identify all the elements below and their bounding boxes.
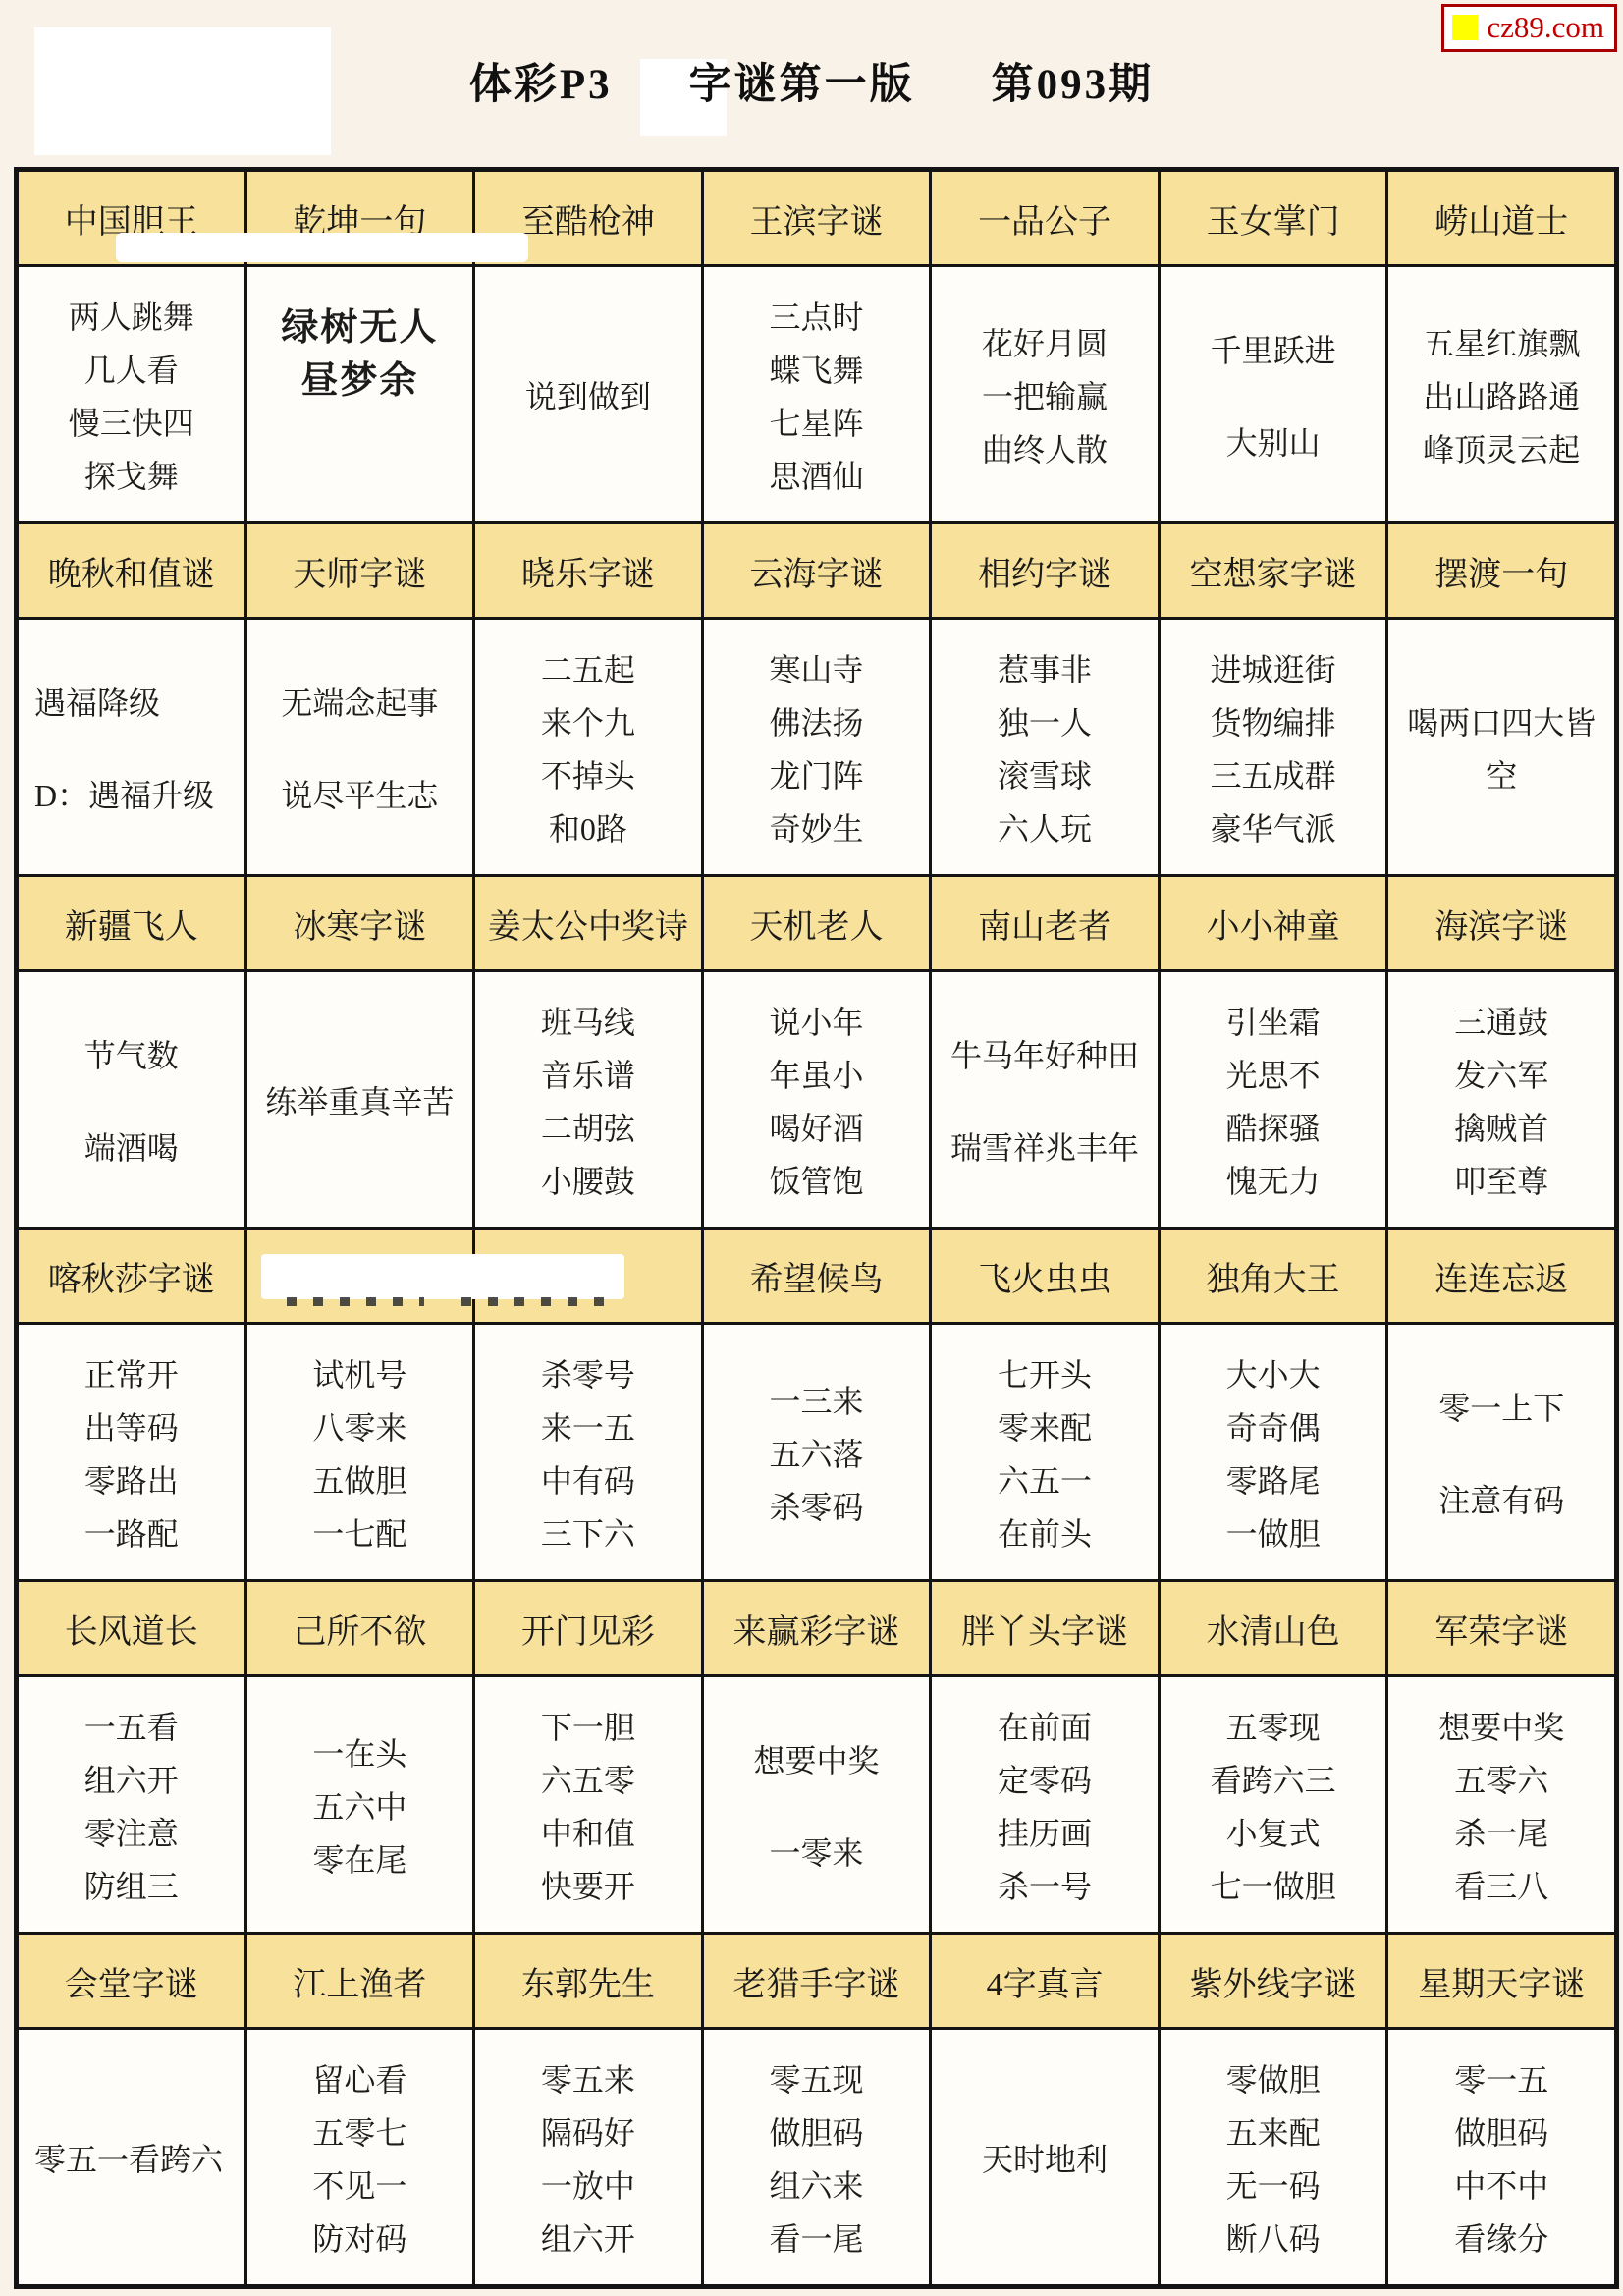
riddle-line: 八零来	[312, 1399, 406, 1452]
column-header-label: 空想家字谜	[1190, 547, 1357, 595]
column-header-s5-c7: 军荣字谜	[1388, 1582, 1614, 1674]
riddle-cell-s6-c3: 零五来隔码好一放中组六开	[475, 2030, 701, 2284]
riddle-line: 隔码好	[541, 2105, 635, 2158]
riddle-line: 千里跃进	[1211, 322, 1336, 375]
riddle-cell-s2-c4: 寒山寺佛法扬龙门阵奇妙生	[704, 620, 930, 874]
column-header-label: 开门见彩	[521, 1605, 655, 1653]
riddle-line: 看跨六三	[1211, 1752, 1336, 1805]
riddle-cell-s4-c5: 七开头零来配六五一在前头	[932, 1325, 1158, 1579]
riddle-cell-s6-c4: 零五现做胆码组六来看一尾	[704, 2030, 930, 2284]
riddle-line: 两人跳舞	[69, 289, 194, 342]
riddle-cell-s3-c2: 练举重真辛苦	[247, 972, 473, 1227]
riddle-cell-s1-c5: 花好月圆一把输赢曲终人散	[932, 267, 1158, 521]
riddle-line: 五零七	[312, 2105, 406, 2158]
riddle-line: 节气数	[84, 1027, 179, 1080]
riddle-line: 六人玩	[998, 800, 1092, 853]
riddle-cell-s1-c3: 说到做到	[475, 267, 701, 521]
column-header-s2-c1: 晚秋和值谜	[19, 524, 244, 617]
column-header-s6-c4: 老猎手字谜	[704, 1935, 930, 2027]
riddle-line: 一放中	[541, 2158, 635, 2211]
riddle-line: 惹事非	[998, 641, 1092, 694]
riddle-line: 一路配	[84, 1505, 179, 1558]
riddle-line: 一零来	[769, 1825, 863, 1878]
riddle-line: 七星阵	[769, 395, 863, 448]
column-header-label: 4字真言	[987, 1957, 1104, 2005]
column-header-label: 至酷枪神	[521, 194, 655, 243]
riddle-line: 曲终人散	[982, 421, 1108, 474]
redaction-header-row4	[261, 1254, 624, 1299]
riddle-line: 独一人	[998, 694, 1092, 747]
riddle-line: 三五成群	[1211, 747, 1336, 800]
column-header-label: 崂山道士	[1434, 194, 1568, 243]
column-header-label: 来赢彩字谜	[732, 1605, 899, 1653]
column-header-s3-c7: 海滨字谜	[1388, 877, 1614, 969]
riddle-line: 小腰鼓	[541, 1153, 635, 1206]
riddle-line: 想要中奖	[1438, 1699, 1564, 1752]
riddle-line: 饭管饱	[769, 1153, 863, 1206]
column-header-label: 独角大王	[1207, 1252, 1340, 1300]
riddle-cell-s3-c4: 说小年年虽小喝好酒饭管饱	[704, 972, 930, 1227]
riddle-line: 大别山	[1226, 414, 1321, 467]
riddle-cell-s1-c7: 五星红旗飘出山路路通峰顶灵云起	[1388, 267, 1614, 521]
riddle-cell-s5-c6: 五零现看跨六三小复式七一做胆	[1161, 1677, 1386, 1932]
riddle-line: 零在尾	[312, 1831, 406, 1885]
column-header-label: 会堂字谜	[65, 1957, 198, 2005]
column-header-s5-c4: 来赢彩字谜	[704, 1582, 930, 1674]
riddle-line: 一做胆	[1226, 1505, 1321, 1558]
riddle-line: 发六军	[1454, 1047, 1548, 1100]
riddle-line: 想要中奖	[753, 1732, 879, 1785]
column-header-s1-c4: 王滨字谜	[704, 172, 930, 264]
page-title: 体彩P3 字谜第一版 第093期	[0, 51, 1623, 111]
riddle-line: 在前面	[998, 1699, 1092, 1752]
riddle-line: 瑞雪祥兆丰年	[950, 1120, 1139, 1173]
riddle-cell-s5-c2: 一在头五六中零在尾	[247, 1677, 473, 1932]
column-header-s6-c6: 紫外线字谜	[1161, 1935, 1386, 2027]
riddle-line: 绿树无人	[281, 297, 438, 350]
riddle-line: 零五现	[769, 2051, 863, 2105]
riddle-line: 酷探骚	[1226, 1100, 1321, 1153]
riddle-line: 奇奇偶	[1226, 1399, 1321, 1452]
riddle-line: 零来配	[998, 1399, 1092, 1452]
column-header-label: 东郭先生	[521, 1957, 655, 2005]
riddle-line: 擒贼首	[1454, 1100, 1548, 1153]
riddle-cell-s5-c4: 想要中奖一零来	[704, 1677, 930, 1932]
riddle-line: 七开头	[998, 1346, 1092, 1399]
riddle-line: 花好月圆	[982, 315, 1108, 368]
column-header-s2-c6: 空想家字谜	[1161, 524, 1386, 617]
redacted-glyph-stubs	[287, 1297, 424, 1306]
riddle-line: 说到做到	[525, 368, 651, 421]
riddle-line: 定零码	[998, 1752, 1092, 1805]
column-header-label: 摆渡一句	[1434, 547, 1568, 595]
column-header-label: 云海字谜	[749, 547, 883, 595]
riddle-line: 断八码	[1226, 2211, 1321, 2264]
riddle-line: 一在头	[312, 1725, 406, 1778]
riddle-line: 牛马年好种田	[950, 1027, 1139, 1080]
column-header-s3-c2: 冰寒字谜	[247, 877, 473, 969]
riddle-line: 光思不	[1226, 1047, 1321, 1100]
riddle-line: 五零六	[1454, 1752, 1548, 1805]
column-header-label: 老猎手字谜	[732, 1957, 899, 2005]
riddle-line: 七一做胆	[1211, 1858, 1336, 1911]
riddle-line: 试机号	[312, 1346, 406, 1399]
riddle-line: 慢三快四	[69, 395, 194, 448]
riddle-line: 一七配	[312, 1505, 406, 1558]
column-header-s2-c4: 云海字谜	[704, 524, 930, 617]
riddle-line: 练举重真辛苦	[265, 1073, 454, 1126]
riddle-line: 蝶飞舞	[769, 342, 863, 395]
column-header-label: 南山老者	[978, 900, 1111, 948]
redacted-glyph-stubs	[461, 1297, 621, 1306]
riddle-line: 音乐谱	[541, 1047, 635, 1100]
column-header-s5-c1: 长风道长	[19, 1582, 244, 1674]
column-header-label: 姜太公中奖诗	[488, 900, 688, 948]
riddle-line: 一五看	[84, 1699, 179, 1752]
riddle-cell-s4-c6: 大小大奇奇偶零路尾一做胆	[1161, 1325, 1386, 1579]
column-header-s6-c7: 星期天字谜	[1388, 1935, 1614, 2027]
column-header-label: 连连忘返	[1434, 1252, 1568, 1300]
riddle-cell-s2-c7: 喝两口四大皆空	[1388, 620, 1614, 874]
riddle-line: 引坐霜	[1226, 994, 1321, 1047]
riddle-cell-s3-c3: 班马线音乐谱二胡弦小腰鼓	[475, 972, 701, 1227]
column-header-label: 水清山色	[1207, 1605, 1340, 1653]
riddle-line: 在前头	[998, 1505, 1092, 1558]
riddle-line: 龙门阵	[769, 747, 863, 800]
column-header-label: 冰寒字谜	[293, 900, 426, 948]
riddle-line: 空	[1486, 747, 1517, 800]
riddle-cell-s3-c6: 引坐霜光思不酷探骚愧无力	[1161, 972, 1386, 1227]
riddle-line: 五六中	[312, 1778, 406, 1831]
column-header-s2-c2: 天师字谜	[247, 524, 473, 617]
riddle-line: 愧无力	[1226, 1153, 1321, 1206]
column-header-s3-c4: 天机老人	[704, 877, 930, 969]
riddle-line: 天时地利	[982, 2131, 1108, 2184]
riddle-cell-s6-c6: 零做胆五来配无一码断八码	[1161, 2030, 1386, 2284]
column-header-s1-c7: 崂山道士	[1388, 172, 1614, 264]
column-header-label: 希望候鸟	[749, 1252, 883, 1300]
column-header-s4-c1: 喀秋莎字谜	[19, 1230, 244, 1322]
riddle-cell-s1-c1: 两人跳舞几人看慢三快四探戈舞	[19, 267, 244, 521]
riddle-cell-s2-c6: 进城逛街货物编排三五成群豪华气派	[1161, 620, 1386, 874]
riddle-line: 奇妙生	[769, 800, 863, 853]
riddle-cell-s5-c5: 在前面定零码挂历画杀一号	[932, 1677, 1158, 1932]
column-header-label: 长风道长	[65, 1605, 198, 1653]
column-header-s3-c3: 姜太公中奖诗	[475, 877, 701, 969]
riddle-line: 不见一	[312, 2158, 406, 2211]
riddle-line: 遇福降级	[34, 675, 160, 728]
column-header-label: 晚秋和值谜	[48, 547, 215, 595]
riddle-line: 防对码	[312, 2211, 406, 2264]
riddle-line: 出等码	[84, 1399, 179, 1452]
riddle-line: 寒山寺	[769, 641, 863, 694]
riddle-line: D：遇福升级	[34, 767, 214, 820]
riddle-line: 六五一	[998, 1452, 1092, 1505]
riddle-line: 大小大	[1226, 1346, 1321, 1399]
column-header-s5-c6: 水清山色	[1161, 1582, 1386, 1674]
riddle-line: 三下六	[541, 1505, 635, 1558]
riddle-line: 看一尾	[769, 2211, 863, 2264]
riddle-line: 杀零码	[769, 1479, 863, 1532]
riddle-cell-s5-c3: 下一胆六五零中和值快要开	[475, 1677, 701, 1932]
column-header-s3-c5: 南山老者	[932, 877, 1158, 969]
riddle-line: 快要开	[541, 1858, 635, 1911]
riddle-line: 防组三	[84, 1858, 179, 1911]
riddle-cell-s4-c3: 杀零号来一五中有码三下六	[475, 1325, 701, 1579]
riddle-line: 小复式	[1226, 1805, 1321, 1858]
riddle-line: 豪华气派	[1211, 800, 1336, 853]
redaction-header-row1	[116, 233, 528, 262]
column-header-label: 天师字谜	[293, 547, 426, 595]
riddle-cell-s4-c2: 试机号八零来五做胆一七配	[247, 1325, 473, 1579]
riddle-line: 说尽平生志	[281, 767, 438, 820]
riddle-line: 组六开	[84, 1752, 179, 1805]
column-header-label: 一品公子	[978, 194, 1111, 243]
column-header-s5-c2: 己所不欲	[247, 1582, 473, 1674]
riddle-table: 中国胆王乾坤一句至酷枪神王滨字谜一品公子玉女掌门崂山道士两人跳舞几人看慢三快四探…	[14, 167, 1619, 2289]
column-header-label: 王滨字谜	[749, 194, 883, 243]
riddle-line: 三通鼓	[1454, 994, 1548, 1047]
riddle-line: 杀零号	[541, 1346, 635, 1399]
riddle-line: 来个九	[541, 694, 635, 747]
riddle-line: 喝好酒	[769, 1100, 863, 1153]
column-header-s2-c3: 晓乐字谜	[475, 524, 701, 617]
riddle-line: 二五起	[541, 641, 635, 694]
column-header-s4-c5: 飞火虫虫	[932, 1230, 1158, 1322]
riddle-line: 进城逛街	[1211, 641, 1336, 694]
riddle-cell-s2-c5: 惹事非独一人滚雪球六人玩	[932, 620, 1158, 874]
page: 体彩P3 字谜第一版 第093期 cz89.com 中国胆王乾坤一句至酷枪神王滨…	[0, 0, 1623, 2296]
riddle-line: 几人看	[84, 342, 179, 395]
riddle-line: 一把输赢	[982, 368, 1108, 421]
riddle-cell-s2-c3: 二五起来个九不掉头和0路	[475, 620, 701, 874]
riddle-line: 无一码	[1226, 2158, 1321, 2211]
column-header-s4-c6: 独角大王	[1161, 1230, 1386, 1322]
riddle-line: 叩至尊	[1454, 1153, 1548, 1206]
riddle-cell-s4-c4: 一三来五六落杀零码	[704, 1325, 930, 1579]
riddle-line: 滚雪球	[998, 747, 1092, 800]
column-header-label: 天机老人	[749, 900, 883, 948]
riddle-line: 零五来	[541, 2051, 635, 2105]
riddle-line: 杀一尾	[1454, 1805, 1548, 1858]
riddle-line: 零路尾	[1226, 1452, 1321, 1505]
riddle-line: 喝两口四大皆	[1407, 694, 1596, 747]
column-header-label: 玉女掌门	[1207, 194, 1340, 243]
riddle-line: 二胡弦	[541, 1100, 635, 1153]
column-header-s1-c6: 玉女掌门	[1161, 172, 1386, 264]
column-header-label: 江上渔者	[293, 1957, 426, 2005]
column-header-s6-c2: 江上渔者	[247, 1935, 473, 2027]
riddle-line: 年虽小	[769, 1047, 863, 1100]
riddle-line: 昼梦余	[300, 350, 418, 403]
riddle-cell-s1-c2: 绿树无人昼梦余	[247, 267, 473, 521]
column-header-label: 晓乐字谜	[521, 547, 655, 595]
column-header-s4-c7: 连连忘返	[1388, 1230, 1614, 1322]
column-header-label: 紫外线字谜	[1190, 1957, 1357, 2005]
riddle-line: 端酒喝	[84, 1120, 179, 1173]
title-issue: 第093期	[992, 51, 1155, 111]
riddle-cell-s6-c2: 留心看五零七不见一防对码	[247, 2030, 473, 2284]
riddle-line: 做胆码	[1454, 2105, 1548, 2158]
riddle-line: 五零现	[1226, 1699, 1321, 1752]
riddle-cell-s6-c5: 天时地利	[932, 2030, 1158, 2284]
column-header-label: 相约字谜	[978, 547, 1111, 595]
riddle-line: 注意有码	[1438, 1472, 1564, 1525]
riddle-cell-s3-c7: 三通鼓发六军擒贼首叩至尊	[1388, 972, 1614, 1227]
riddle-line: 挂历画	[998, 1805, 1092, 1858]
column-header-label: 喀秋莎字谜	[48, 1252, 215, 1300]
riddle-line: 看缘分	[1454, 2211, 1548, 2264]
riddle-line: 三点时	[769, 289, 863, 342]
badge-color-swatch	[1452, 15, 1478, 40]
riddle-line: 中有码	[541, 1452, 635, 1505]
column-header-s4-c4: 希望候鸟	[704, 1230, 930, 1322]
riddle-line: 零一上下	[1438, 1380, 1564, 1433]
column-header-label: 己所不欲	[293, 1605, 426, 1653]
riddle-line: 来一五	[541, 1399, 635, 1452]
riddle-line: 峰顶灵云起	[1423, 421, 1580, 474]
riddle-cell-s3-c5: 牛马年好种田瑞雪祥兆丰年	[932, 972, 1158, 1227]
riddle-line: 和0路	[549, 800, 627, 853]
riddle-line: 货物编排	[1211, 694, 1336, 747]
column-header-s5-c3: 开门见彩	[475, 1582, 701, 1674]
riddle-line: 零一五	[1454, 2051, 1548, 2105]
riddle-line: 中不中	[1454, 2158, 1548, 2211]
riddle-cell-s5-c1: 一五看组六开零注意防组三	[19, 1677, 244, 1932]
title-edition: 字谜第一版	[689, 51, 915, 111]
badge-label: cz89.com	[1487, 10, 1604, 45]
column-header-s3-c6: 小小神童	[1161, 877, 1386, 969]
riddle-line: 零注意	[84, 1805, 179, 1858]
column-header-s5-c5: 胖丫头字谜	[932, 1582, 1158, 1674]
riddle-line: 零五一看跨六	[34, 2131, 223, 2184]
riddle-line: 组六来	[769, 2158, 863, 2211]
riddle-line: 班马线	[541, 994, 635, 1047]
riddle-cell-s4-c7: 零一上下注意有码	[1388, 1325, 1614, 1579]
riddle-line: 中和值	[541, 1805, 635, 1858]
riddle-line: 出山路路通	[1423, 368, 1580, 421]
riddle-line: 做胆码	[769, 2105, 863, 2158]
riddle-cell-s5-c7: 想要中奖五零六杀一尾看三八	[1388, 1677, 1614, 1932]
riddle-line: 五六落	[769, 1426, 863, 1479]
riddle-cell-s4-c1: 正常开出等码零路出一路配	[19, 1325, 244, 1579]
column-header-label: 新疆飞人	[65, 900, 198, 948]
watermark-badge: cz89.com	[1441, 4, 1617, 52]
riddle-line: 一三来	[769, 1373, 863, 1426]
column-header-s6-c3: 东郭先生	[475, 1935, 701, 2027]
riddle-line: 看三八	[1454, 1858, 1548, 1911]
title-game: 体彩P3	[469, 51, 613, 111]
riddle-line: 说小年	[769, 994, 863, 1047]
column-header-s1-c5: 一品公子	[932, 172, 1158, 264]
riddle-line: 佛法扬	[769, 694, 863, 747]
riddle-line: 留心看	[312, 2051, 406, 2105]
riddle-line: 组六开	[541, 2211, 635, 2264]
riddle-line: 探戈舞	[84, 448, 179, 501]
column-header-label: 胖丫头字谜	[961, 1605, 1128, 1653]
column-header-s3-c1: 新疆飞人	[19, 877, 244, 969]
riddle-line: 无端念起事	[281, 675, 438, 728]
column-header-label: 飞火虫虫	[978, 1252, 1111, 1300]
riddle-line: 正常开	[84, 1346, 179, 1399]
riddle-line: 五星红旗飘	[1423, 315, 1580, 368]
riddle-line: 五做胆	[312, 1452, 406, 1505]
riddle-cell-s6-c7: 零一五做胆码中不中看缘分	[1388, 2030, 1614, 2284]
riddle-cell-s2-c1: 遇福降级D：遇福升级	[19, 620, 244, 874]
column-header-s2-c5: 相约字谜	[932, 524, 1158, 617]
riddle-line: 杀一号	[998, 1858, 1092, 1911]
riddle-line: 六五零	[541, 1752, 635, 1805]
riddle-cell-s2-c2: 无端念起事说尽平生志	[247, 620, 473, 874]
riddle-line: 思酒仙	[769, 448, 863, 501]
riddle-line: 不掉头	[541, 747, 635, 800]
riddle-cell-s1-c6: 千里跃进大别山	[1161, 267, 1386, 521]
column-header-label: 星期天字谜	[1418, 1957, 1585, 2005]
riddle-cell-s6-c1: 零五一看跨六	[19, 2030, 244, 2284]
riddle-line: 零路出	[84, 1452, 179, 1505]
riddle-line: 零做胆	[1226, 2051, 1321, 2105]
column-header-s6-c5: 4字真言	[932, 1935, 1158, 2027]
column-header-label: 军荣字谜	[1434, 1605, 1568, 1653]
column-header-s2-c7: 摆渡一句	[1388, 524, 1614, 617]
riddle-cell-s1-c4: 三点时蝶飞舞七星阵思酒仙	[704, 267, 930, 521]
column-header-label: 海滨字谜	[1434, 900, 1568, 948]
column-header-label: 小小神童	[1207, 900, 1340, 948]
column-header-s6-c1: 会堂字谜	[19, 1935, 244, 2027]
riddle-cell-s3-c1: 节气数端酒喝	[19, 972, 244, 1227]
riddle-line: 下一胆	[541, 1699, 635, 1752]
riddle-line: 五来配	[1226, 2105, 1321, 2158]
